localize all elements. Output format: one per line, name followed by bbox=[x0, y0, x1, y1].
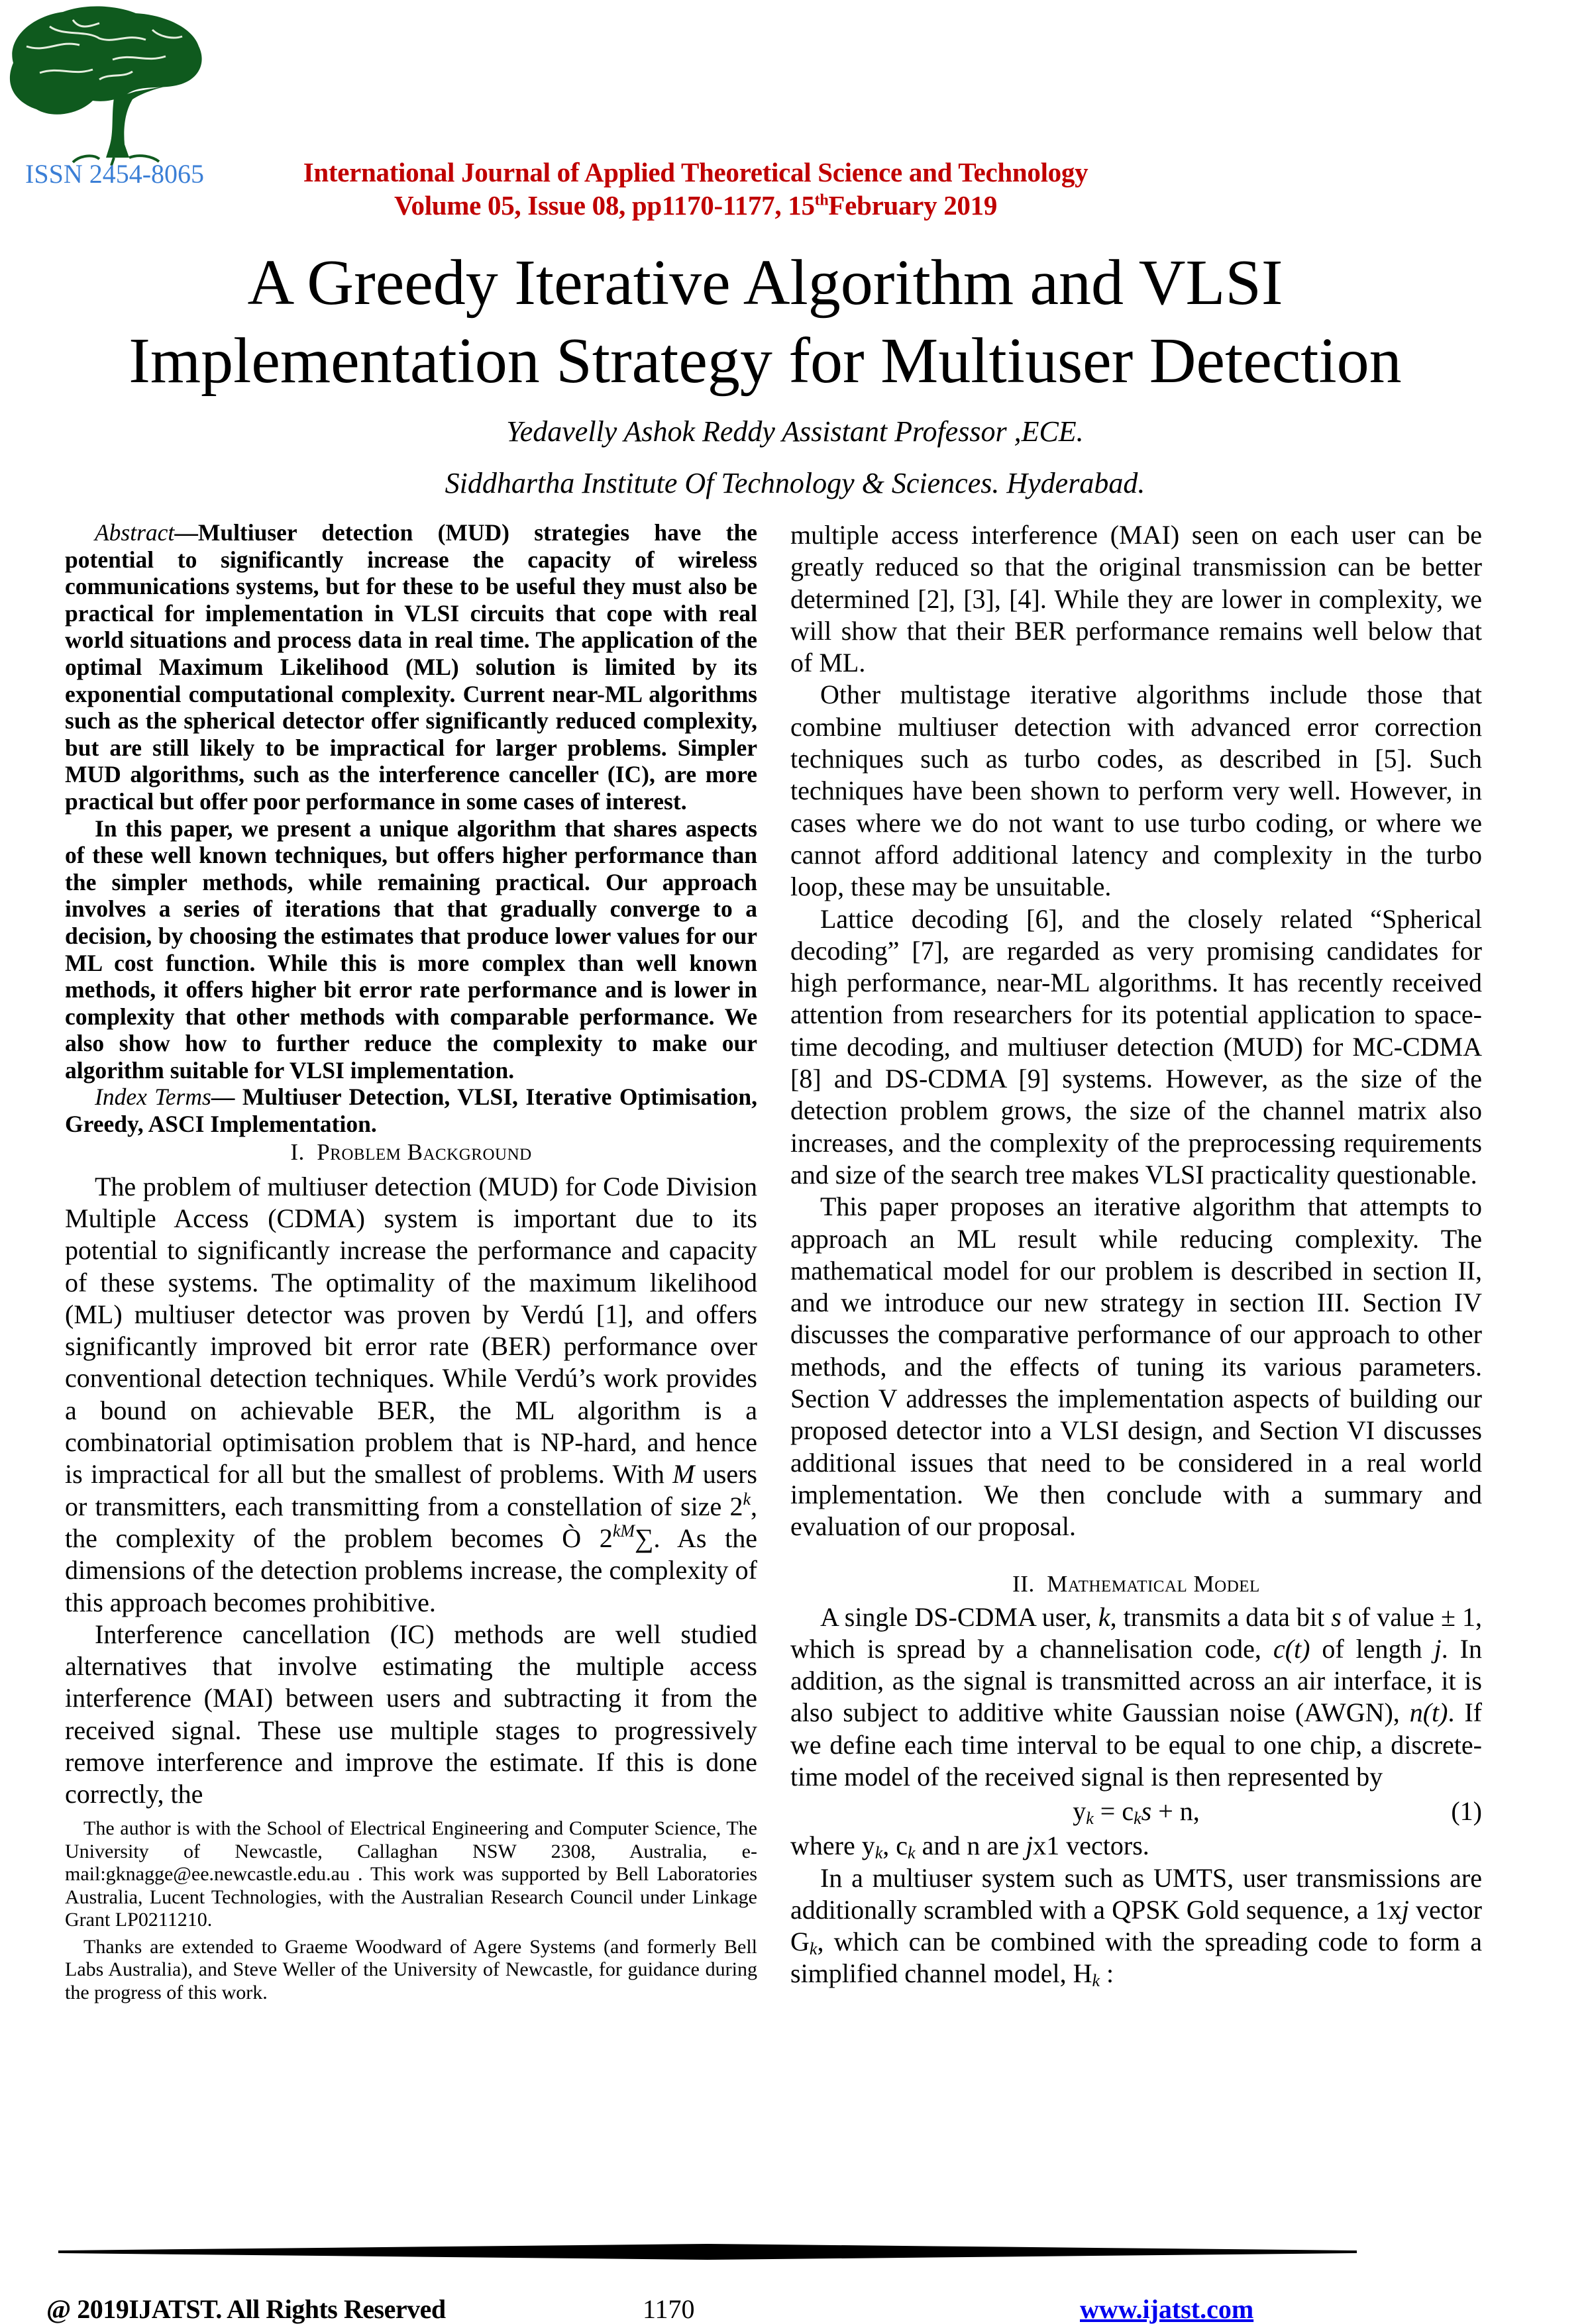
math-var-j: j bbox=[1026, 1831, 1033, 1860]
section-1-paragraph-6: This paper proposes an iterative algorit… bbox=[790, 1191, 1482, 1542]
abstract-text-1: Multiuser detection (MUD) strategies hav… bbox=[65, 519, 757, 815]
section-1-paragraph-5: Lattice decoding [6], and the closely re… bbox=[790, 903, 1482, 1191]
journal-issue-info: Volume 05, Issue 08, pp1170-1177, 15thFe… bbox=[199, 189, 1192, 221]
section-1-body-left: The problem of multiuser detection (MUD)… bbox=[65, 1171, 757, 1811]
footnote-thanks: Thanks are extended to Graeme Woodward o… bbox=[65, 1936, 757, 2005]
paragraph-text: , c bbox=[882, 1831, 908, 1860]
svg-text:ISSN 2454-8065: ISSN 2454-8065 bbox=[25, 159, 204, 189]
eq-subscript: k bbox=[1086, 1809, 1094, 1828]
journal-logo: ISSN 2454-8065 bbox=[0, 0, 209, 189]
affiliation: Siddhartha Institute Of Technology & Sci… bbox=[199, 466, 1391, 501]
math-subscript: k bbox=[1092, 1971, 1100, 1990]
eq-term: = c bbox=[1094, 1796, 1134, 1826]
author: Yedavelly Ashok Reddy Assistant Professo… bbox=[199, 415, 1391, 449]
index-terms-dash: — bbox=[211, 1084, 242, 1110]
equation-1-body: yk = cks + n, bbox=[790, 1793, 1482, 1830]
paragraph-text: In a multiuser system such as UMTS, user… bbox=[790, 1863, 1482, 1925]
eq-subscript: k bbox=[1134, 1809, 1141, 1828]
math-var-ct: c(t) bbox=[1273, 1634, 1310, 1664]
math-exponent-k: k bbox=[743, 1490, 751, 1509]
math-var-j: j bbox=[1434, 1634, 1442, 1664]
math-var-M: M bbox=[672, 1459, 694, 1489]
section-2-number: II. bbox=[1012, 1571, 1035, 1597]
paragraph-text: : bbox=[1100, 1958, 1114, 1988]
paper-title-line-1: A Greedy Iterative Algorithm and VLSI bbox=[40, 244, 1491, 322]
math-exponent-kM: kM bbox=[613, 1521, 635, 1541]
math-var-s: s bbox=[1331, 1602, 1342, 1632]
section-1-title: Problem Background bbox=[317, 1139, 531, 1165]
eq-term: y bbox=[1073, 1796, 1086, 1826]
issue-date-suffix: th bbox=[815, 191, 829, 209]
right-column: multiple access interference (MAI) seen … bbox=[790, 519, 1482, 1990]
abstract-paragraph-1: Abstract—Multiuser detection (MUD) strat… bbox=[65, 519, 757, 815]
footnote-author: The author is with the School of Electri… bbox=[65, 1817, 757, 1932]
paragraph-text: A single DS-CDMA user, bbox=[820, 1602, 1098, 1632]
footer-copyright: @ 2019IJATST. All Rights Reserved bbox=[46, 2293, 446, 2324]
section-2-paragraph-1: A single DS-CDMA user, k, transmits a da… bbox=[790, 1601, 1482, 1794]
paragraph-text: , transmits a data bit bbox=[1110, 1602, 1332, 1632]
issue-date: February 2019 bbox=[828, 190, 997, 221]
footer-divider bbox=[58, 2244, 1357, 2260]
section-1-body-right: multiple access interference (MAI) seen … bbox=[790, 519, 1482, 1543]
journal-website-link[interactable]: www.ijatst.com bbox=[1080, 2293, 1253, 2324]
issue-volume: Volume 05, Issue 08, pp1170-1177, 15 bbox=[394, 190, 815, 221]
equation-1-number: (1) bbox=[1451, 1793, 1482, 1830]
footnotes: The author is with the School of Electri… bbox=[65, 1817, 757, 2004]
section-1-paragraph-3: multiple access interference (MAI) seen … bbox=[790, 519, 1482, 679]
section-2-paragraph-3: In a multiuser system such as UMTS, user… bbox=[790, 1862, 1482, 1990]
section-1-paragraph-1: The problem of multiuser detection (MUD)… bbox=[65, 1171, 757, 1619]
paper-title-line-2: Implementation Strategy for Multiuser De… bbox=[40, 322, 1491, 400]
paragraph-text: x1 vectors. bbox=[1033, 1831, 1149, 1860]
abstract: Abstract—Multiuser detection (MUD) strat… bbox=[65, 519, 757, 1138]
tree-brain-logo-icon: ISSN 2454-8065 bbox=[0, 0, 209, 189]
math-var-j: j bbox=[1402, 1895, 1409, 1925]
equation-1: yk = cks + n, (1) bbox=[790, 1793, 1482, 1830]
section-2-body: A single DS-CDMA user, k, transmits a da… bbox=[790, 1601, 1482, 1990]
paragraph-text: The problem of multiuser detection (MUD)… bbox=[65, 1172, 757, 1490]
paragraph-text: , which can be combined with the spreadi… bbox=[790, 1927, 1482, 1988]
paragraph-text: and n are bbox=[916, 1831, 1026, 1860]
math-subscript: k bbox=[875, 1843, 883, 1862]
paragraph-text: of length bbox=[1310, 1634, 1434, 1664]
footer-divider-shape bbox=[58, 2244, 1357, 2260]
math-var-k: k bbox=[1098, 1602, 1110, 1632]
abstract-label: Abstract bbox=[95, 519, 174, 546]
section-2-title: Mathematical Model bbox=[1047, 1571, 1260, 1597]
math-subscript: k bbox=[908, 1843, 916, 1862]
section-1-heading: I. Problem Background bbox=[65, 1138, 757, 1167]
index-terms: Index Terms— Multiuser Detection, VLSI, … bbox=[65, 1084, 757, 1137]
page-number: 1170 bbox=[643, 2293, 695, 2324]
abstract-paragraph-2: In this paper, we present a unique algor… bbox=[65, 815, 757, 1084]
left-column: Abstract—Multiuser detection (MUD) strat… bbox=[65, 519, 757, 1811]
section-2-heading: II. Mathematical Model bbox=[790, 1570, 1482, 1599]
index-terms-label: Index Terms bbox=[95, 1084, 211, 1110]
abstract-dash: — bbox=[174, 519, 198, 546]
paragraph-text: where y bbox=[790, 1831, 875, 1860]
math-var-nt: n(t) bbox=[1410, 1697, 1448, 1727]
section-1-paragraph-2: Interference cancellation (IC) methods a… bbox=[65, 1619, 757, 1811]
journal-name: International Journal of Applied Theoret… bbox=[199, 156, 1192, 188]
section-1-paragraph-4: Other multistage iterative algorithms in… bbox=[790, 679, 1482, 903]
section-2-paragraph-2: where yk, ck and n are jx1 vectors. bbox=[790, 1830, 1482, 1862]
section-1-number: I. bbox=[290, 1139, 304, 1165]
eq-term: + n, bbox=[1151, 1796, 1200, 1826]
math-subscript: k bbox=[810, 1939, 818, 1958]
eq-term: s bbox=[1141, 1796, 1152, 1826]
